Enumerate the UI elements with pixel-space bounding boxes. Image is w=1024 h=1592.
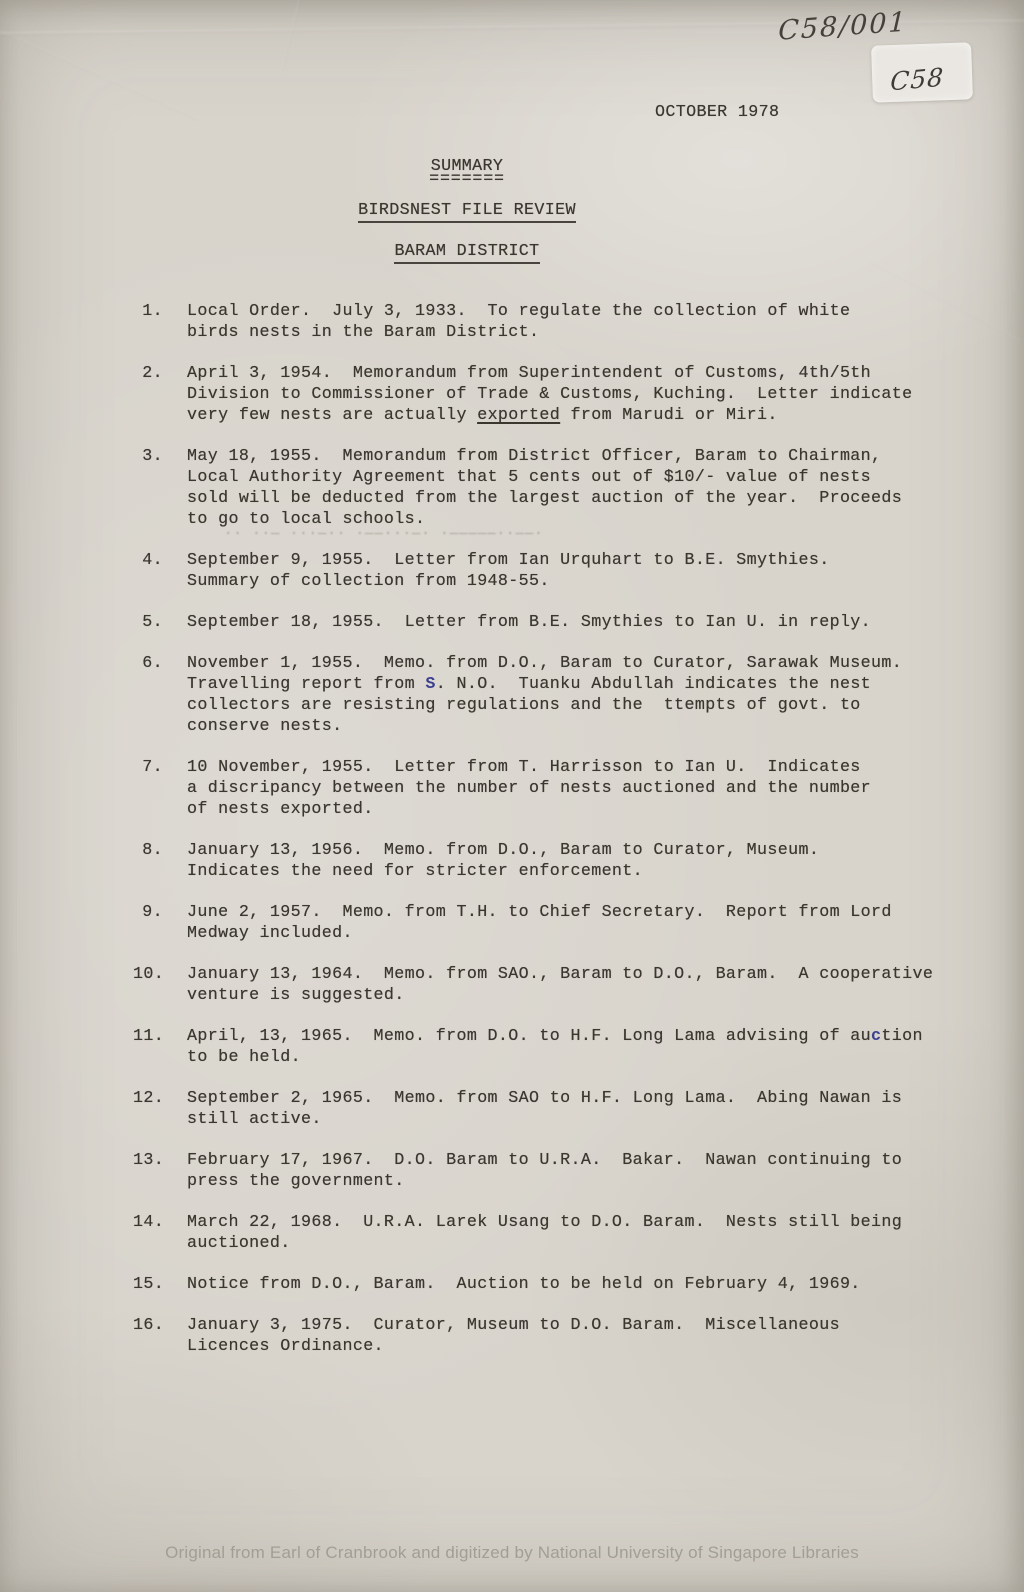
item-text: June 2, 1957. Memo. from T.H. to Chief S… bbox=[187, 902, 935, 944]
item-number: 16. bbox=[133, 1315, 163, 1357]
item-text: September 2, 1965. Memo. from SAO to H.F… bbox=[187, 1088, 935, 1130]
document-header: SUMMARY ======= BIRDSNEST FILE REVIEW BA… bbox=[0, 158, 934, 264]
corrected-text: c bbox=[871, 1027, 881, 1046]
item-text: 10 November, 1955. Letter from T. Harris… bbox=[187, 757, 935, 820]
list-item: 8.January 13, 1956. Memo. from D.O., Bar… bbox=[133, 840, 933, 882]
list-item: 1.Local Order. July 3, 1933. To regulate… bbox=[133, 301, 933, 343]
list-item: 14.March 22, 1968. U.R.A. Larek Usang to… bbox=[133, 1212, 933, 1254]
list-item: 9.June 2, 1957. Memo. from T.H. to Chief… bbox=[133, 902, 933, 944]
corrected-text: exported bbox=[477, 406, 560, 425]
item-number: 9. bbox=[133, 902, 163, 944]
item-number: 15. bbox=[133, 1274, 163, 1295]
item-number: 7. bbox=[133, 757, 163, 820]
list-item: 12.September 2, 1965. Memo. from SAO to … bbox=[133, 1088, 933, 1130]
title-underline: ======= bbox=[0, 175, 934, 184]
item-number: 5. bbox=[133, 612, 163, 633]
paper-crease bbox=[280, 0, 301, 73]
file-label-sticker: C58 bbox=[871, 42, 973, 102]
item-number: 11. bbox=[133, 1026, 163, 1068]
item-number: 14. bbox=[133, 1212, 163, 1254]
list-item: 15.Notice from D.O., Baram. Auction to b… bbox=[133, 1274, 933, 1295]
item-text: September 18, 1955. Letter from B.E. Smy… bbox=[187, 612, 935, 633]
item-text: March 22, 1968. U.R.A. Larek Usang to D.… bbox=[187, 1212, 935, 1254]
list-item: 16.January 3, 1975. Curator, Museum to D… bbox=[133, 1315, 933, 1357]
list-item: 4.September 9, 1955. Letter from Ian Urq… bbox=[133, 550, 933, 592]
item-text: February 17, 1967. D.O. Baram to U.R.A. … bbox=[187, 1150, 935, 1192]
item-text: September 9, 1955. Letter from Ian Urquh… bbox=[187, 550, 935, 592]
item-text: Notice from D.O., Baram. Auction to be h… bbox=[187, 1274, 935, 1295]
document-date: OCTOBER 1978 bbox=[655, 103, 779, 122]
item-text: April 3, 1954. Memorandum from Superinte… bbox=[187, 363, 935, 426]
item-text: Local Order. July 3, 1933. To regulate t… bbox=[187, 301, 935, 343]
item-text: January 3, 1975. Curator, Museum to D.O.… bbox=[187, 1315, 935, 1357]
corrected-text: S bbox=[425, 675, 435, 694]
item-text: January 13, 1964. Memo. from SAO., Baram… bbox=[187, 964, 935, 1006]
list-item: 2.April 3, 1954. Memorandum from Superin… bbox=[133, 363, 933, 426]
item-text: May 18, 1955. Memorandum from District O… bbox=[187, 446, 935, 530]
item-number: 12. bbox=[133, 1088, 163, 1130]
item-number: 13. bbox=[133, 1150, 163, 1192]
list-item: 13.February 17, 1967. D.O. Baram to U.R.… bbox=[133, 1150, 933, 1192]
item-number: 4. bbox=[133, 550, 163, 592]
digitization-credit: Original from Earl of Cranbrook and digi… bbox=[0, 1543, 1024, 1563]
erased-text-smudge: ·· ··— ···—·· ·——···—· ·—————··——· bbox=[224, 526, 644, 542]
item-number: 2. bbox=[133, 363, 163, 426]
list-item: 3.May 18, 1955. Memorandum from District… bbox=[133, 446, 933, 530]
item-text: November 1, 1955. Memo. from D.O., Baram… bbox=[187, 653, 935, 737]
item-number: 8. bbox=[133, 840, 163, 882]
item-text: April, 13, 1965. Memo. from D.O. to H.F.… bbox=[187, 1026, 935, 1068]
file-label-text: C58 bbox=[890, 60, 973, 96]
document-subtitle: BIRDSNEST FILE REVIEW bbox=[0, 201, 934, 223]
document-district: BARAM DISTRICT bbox=[0, 242, 934, 264]
item-number: 1. bbox=[133, 301, 163, 343]
item-number: 3. bbox=[133, 446, 163, 530]
summary-list: 1.Local Order. July 3, 1933. To regulate… bbox=[133, 301, 933, 1377]
list-item: 11.April, 13, 1965. Memo. from D.O. to H… bbox=[133, 1026, 933, 1068]
item-number: 10. bbox=[133, 964, 163, 1006]
item-text: January 13, 1956. Memo. from D.O., Baram… bbox=[187, 840, 935, 882]
list-item: 6.November 1, 1955. Memo. from D.O., Bar… bbox=[133, 653, 933, 737]
list-item: 5.September 18, 1955. Letter from B.E. S… bbox=[133, 612, 933, 633]
handwritten-file-ref: C58/001 bbox=[778, 0, 999, 46]
list-item: 7.10 November, 1955. Letter from T. Harr… bbox=[133, 757, 933, 820]
paper-crease bbox=[0, 21, 200, 120]
list-item: 10.January 13, 1964. Memo. from SAO., Ba… bbox=[133, 964, 933, 1006]
item-number: 6. bbox=[133, 653, 163, 737]
